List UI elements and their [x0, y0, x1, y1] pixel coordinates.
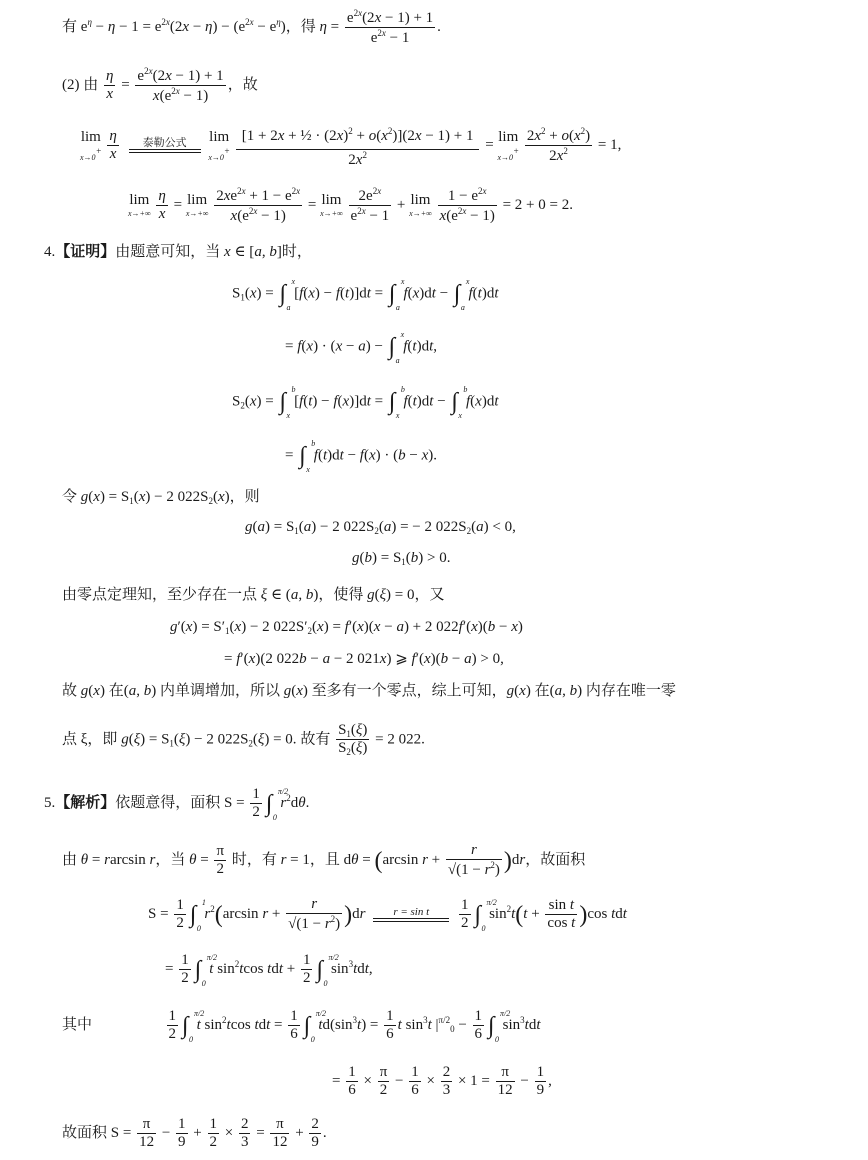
zero-theorem-line: 由零点定理知，至少存在一点 ξ ∈ (a, b)，使得 g(ξ) = 0，又: [62, 588, 445, 603]
text: ，且: [310, 852, 340, 868]
text: 故: [62, 683, 77, 699]
text: ，使得: [318, 587, 363, 603]
conclusion-line: 点 ξ，即 g(ξ) = S1(ξ) − 2 022S2(ξ) = 0. 故有 …: [62, 722, 425, 758]
question-number: 4.: [44, 244, 55, 260]
question-number: 5.: [44, 795, 55, 811]
proof-tag: 【证明】: [55, 242, 115, 260]
text: 内单调增加，所以: [160, 683, 280, 699]
where-line: 其中 12∫π/20t sin2tcos tdt = 16∫π/20td(sin…: [62, 1008, 540, 1044]
s2-simplified: = ∫bxf(t)dt − f(x) · (b − x).: [285, 444, 437, 468]
text: 令: [62, 489, 77, 505]
text: 时，有: [232, 852, 277, 868]
text: 由零点定理知，至少存在一点: [62, 587, 257, 603]
text: 故面积: [62, 1125, 107, 1141]
text: 由题意可知，当: [115, 244, 220, 260]
text: (2) 由: [62, 77, 98, 93]
text: 在: [109, 683, 124, 699]
text: ，故: [228, 77, 258, 93]
text: = 1,: [598, 137, 621, 153]
text: = 2 022.: [375, 731, 425, 747]
s1-definition: S1(x) = ∫xa[f(x) − f(t)]dt = ∫xaf(x)dt −…: [232, 282, 499, 306]
g-prime-bound: = f′(x)(2 022b − a − 2 021x) ⩾ f′(x)(b −…: [224, 652, 504, 667]
text: 由: [62, 852, 77, 868]
text: ，则: [230, 489, 260, 505]
eta-fraction: e2x(2x − 1) + 1e2x − 1: [345, 8, 435, 48]
area-substitution: S = 12∫10r2(arcsin r + r√(1 − r2))dr r =…: [148, 896, 627, 934]
monotone-line: 故 g(x) 在(a, b) 内单调增加，所以 g(x) 至多有一个零点，综上可…: [62, 684, 676, 699]
text: = 2 + 0 = 2.: [503, 197, 573, 213]
s2-definition: S2(x) = ∫bx[f(t) − f(x)]dt = ∫bxf(t)dt −…: [232, 390, 499, 414]
text: ，故面积: [525, 852, 585, 868]
part2-line: (2) 由 ηx = e2x(2x − 1) + 1x(e2x − 1)，故: [62, 66, 258, 106]
where-result: = 16 × π2 − 16 × 23 × 1 = π12 − 19,: [332, 1064, 552, 1100]
g-at-b: g(b) = S1(b) > 0.: [352, 551, 451, 567]
q5-heading: 5.【解析】依题意得，面积 S = 12∫π/20r2dθ.: [44, 786, 309, 822]
analysis-tag: 【解析】: [55, 793, 115, 811]
eta-solution-line: 有 eη − η − 1 = e2x(2x − η) − (e2x − eη)，…: [62, 8, 441, 48]
text: 其中: [62, 1017, 92, 1033]
text: 点 ξ，即: [62, 731, 117, 747]
area-split: = 12∫π/20t sin2tcos tdt + 12∫π/20sin3tdt…: [165, 952, 373, 988]
text: 有: [62, 19, 77, 35]
text: 至多有一个零点，综上可知，: [312, 683, 507, 699]
theta-relation: 由 θ = rarcsin r，当 θ = π2 时，有 r = 1，且 dθ …: [62, 842, 585, 880]
text: ，又: [414, 587, 444, 603]
text: 依题意得，面积: [115, 795, 220, 811]
text: ，当: [155, 852, 185, 868]
taylor-label: 泰勒公式: [129, 138, 201, 149]
q4-heading: 4.【证明】由题意可知，当 x ∈ [a, b]时，: [44, 244, 312, 260]
text: 故有: [300, 731, 330, 747]
substitution-label: r = sin t: [393, 906, 429, 918]
text: 内存在唯一零: [586, 683, 676, 699]
limit-inf-line: limx→+∞ ηx = limx→+∞ 2xe2x + 1 − e2xx(e2…: [128, 186, 573, 226]
text: ，得: [286, 19, 316, 35]
g-at-a: g(a) = S1(a) − 2 022S2(a) = − 2 022S2(a)…: [245, 520, 516, 536]
limit-zero-line: limx→0+ ηx 泰勒公式 limx→0+ [1 + 2x + ½ · (2…: [80, 122, 621, 170]
text: 时，: [282, 244, 312, 260]
g-definition: 令 g(x) = S1(x) − 2 022S2(x)，则: [62, 490, 260, 506]
final-area: 故面积 S = π12 − 19 + 12 × 23 = π12 + 29.: [62, 1116, 327, 1152]
text: 在: [535, 683, 550, 699]
g-prime: g′(x) = S′1(x) − 2 022S′2(x) = f′(x)(x −…: [170, 620, 523, 636]
s1-simplified: = f(x) · (x − a) − ∫xaf(t)dt,: [285, 335, 437, 359]
